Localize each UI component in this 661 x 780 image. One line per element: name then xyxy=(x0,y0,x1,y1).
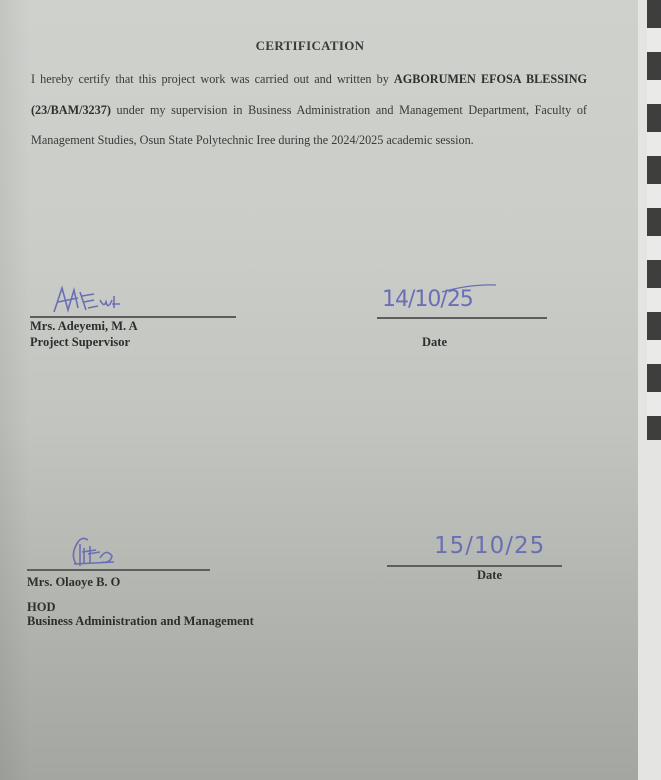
supervisor-date-label: Date xyxy=(422,335,447,350)
supervisor-signature xyxy=(48,282,138,318)
hod-handwritten-date: 15/10/25 xyxy=(434,533,545,559)
hod-signature-line xyxy=(27,569,210,571)
paragraph-intro: I hereby certify that this project work … xyxy=(31,72,394,86)
hod-role: HOD xyxy=(27,600,55,615)
paragraph-body: under my supervision in Business Adminis… xyxy=(31,103,587,148)
document-title: CERTIFICATION xyxy=(0,38,620,54)
hod-department: Business Administration and Management xyxy=(27,614,254,629)
hod-name: Mrs. Olaoye B. O xyxy=(27,575,120,590)
supervisor-role: Project Supervisor xyxy=(30,335,130,350)
certification-paragraph: I hereby certify that this project work … xyxy=(31,64,587,156)
supervisor-name: Mrs. Adeyemi, M. A xyxy=(30,319,138,334)
hod-signature xyxy=(66,534,126,570)
supervisor-signature-line xyxy=(30,316,236,318)
supervisor-date-flourish xyxy=(440,282,500,294)
background-edge-strip xyxy=(647,0,661,440)
hod-date-label: Date xyxy=(477,568,502,583)
page-shadow xyxy=(0,0,30,780)
hod-date-line xyxy=(387,565,562,567)
supervisor-date-line xyxy=(377,317,547,319)
